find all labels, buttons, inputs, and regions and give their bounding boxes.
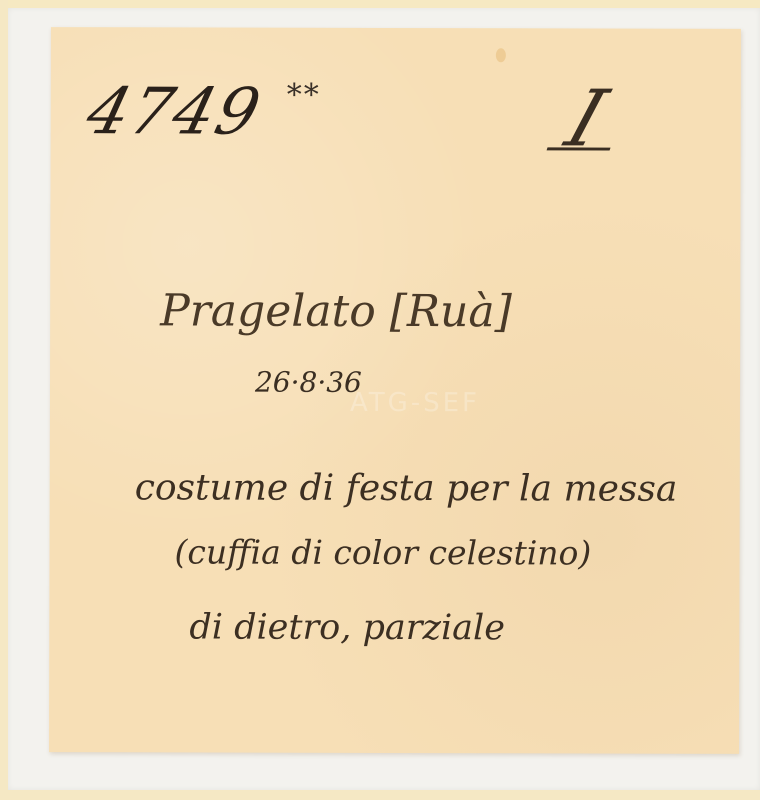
background-edge-left <box>0 0 8 800</box>
description-line: (cuffia di color celestino) <box>175 532 592 572</box>
place-name: Pragelato [Ruà] <box>160 285 512 337</box>
description-line: di dietro, parziale <box>189 607 505 648</box>
watermark: ATG-SEF <box>350 388 480 418</box>
catalog-marks: ** <box>287 78 321 113</box>
roman-numeral: I <box>556 74 616 164</box>
index-card: 4749 ** I Pragelato [Ruà] 26·8·36 ATG-SE… <box>49 27 741 754</box>
catalog-number: 4749 <box>79 75 269 149</box>
description-line: costume di festa per la messa <box>135 467 678 509</box>
date: 26·8·36 <box>255 366 362 399</box>
background-edge-bottom <box>0 790 760 800</box>
stain-mark <box>496 48 506 62</box>
